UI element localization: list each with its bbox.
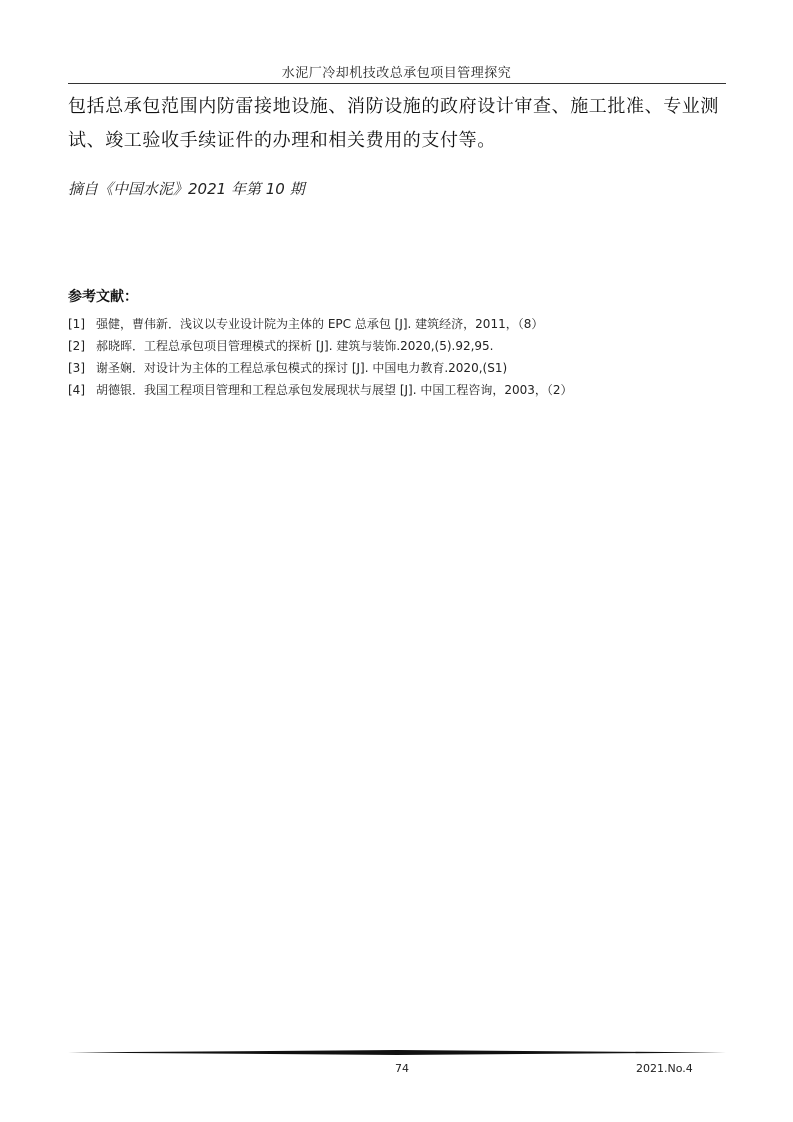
reference-number: [3] xyxy=(68,357,96,379)
reference-text: 谢圣娴．对设计为主体的工程总承包模式的探讨 [J]. 中国电力教育.2020,(… xyxy=(96,361,507,375)
running-header: 水泥厂冷却机技改总承包项目管理探究 xyxy=(0,62,793,81)
reference-text: 胡德银．我国工程项目管理和工程总承包发展现状与展望 [J]. 中国工程咨询，20… xyxy=(96,383,573,397)
reference-text: 强健，曹伟新．浅议以专业设计院为主体的 EPC 总承包 [J]. 建筑经济，20… xyxy=(96,317,543,331)
source-citation: 摘自《中国水泥》2021 年第 10 期 xyxy=(68,178,305,199)
header-divider xyxy=(68,83,726,84)
reference-item: [4]胡德银．我国工程项目管理和工程总承包发展现状与展望 [J]. 中国工程咨询… xyxy=(68,379,728,401)
footer-divider xyxy=(68,1050,726,1054)
reference-item: [3]谢圣娴．对设计为主体的工程总承包模式的探讨 [J]. 中国电力教育.202… xyxy=(68,357,728,379)
reference-number: [4] xyxy=(68,379,96,401)
page-number: 74 xyxy=(395,1062,409,1075)
references-list: [1]强健，曹伟新．浅议以专业设计院为主体的 EPC 总承包 [J]. 建筑经济… xyxy=(68,313,728,401)
reference-number: [1] xyxy=(68,313,96,335)
references-heading: 参考文献： xyxy=(68,286,138,306)
body-paragraph: 包括总承包范围内防雷接地设施、消防设施的政府设计审查、施工批准、专业测试、竣工验… xyxy=(68,90,733,158)
reference-item: [2]郝晓晖．工程总承包项目管理模式的探析 [J]. 建筑与装饰.2020,(5… xyxy=(68,335,728,357)
reference-number: [2] xyxy=(68,335,96,357)
issue-label: 2021.No.4 xyxy=(636,1062,693,1075)
reference-item: [1]强健，曹伟新．浅议以专业设计院为主体的 EPC 总承包 [J]. 建筑经济… xyxy=(68,313,728,335)
reference-text: 郝晓晖．工程总承包项目管理模式的探析 [J]. 建筑与装饰.2020,(5).9… xyxy=(96,339,494,353)
